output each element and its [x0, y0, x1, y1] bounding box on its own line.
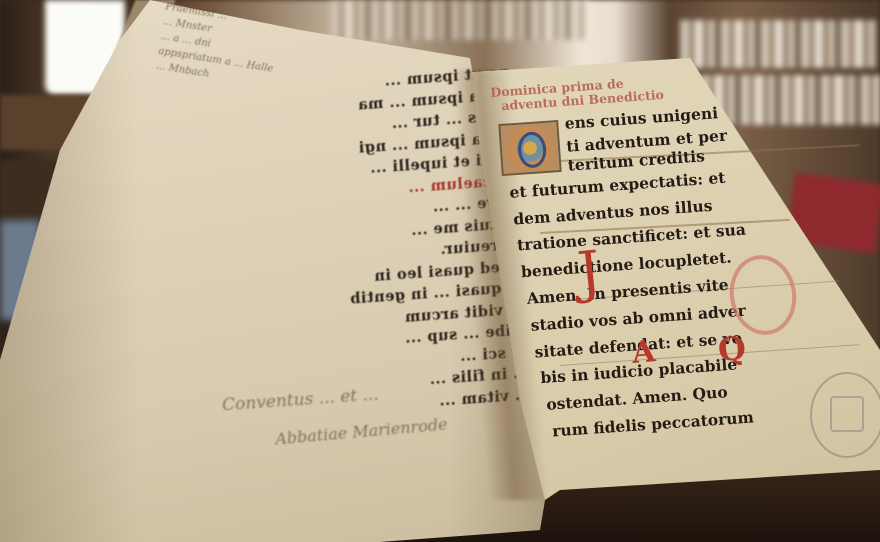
open-book: Praemissi ... ... Mnster ... a ... dni a…	[0, 0, 880, 542]
manuscript-photo: Praemissi ... ... Mnster ... a ... dni a…	[0, 0, 880, 542]
red-initial-q: Q	[716, 329, 747, 369]
red-initial-a: A	[631, 334, 657, 371]
library-stamp	[810, 372, 880, 458]
